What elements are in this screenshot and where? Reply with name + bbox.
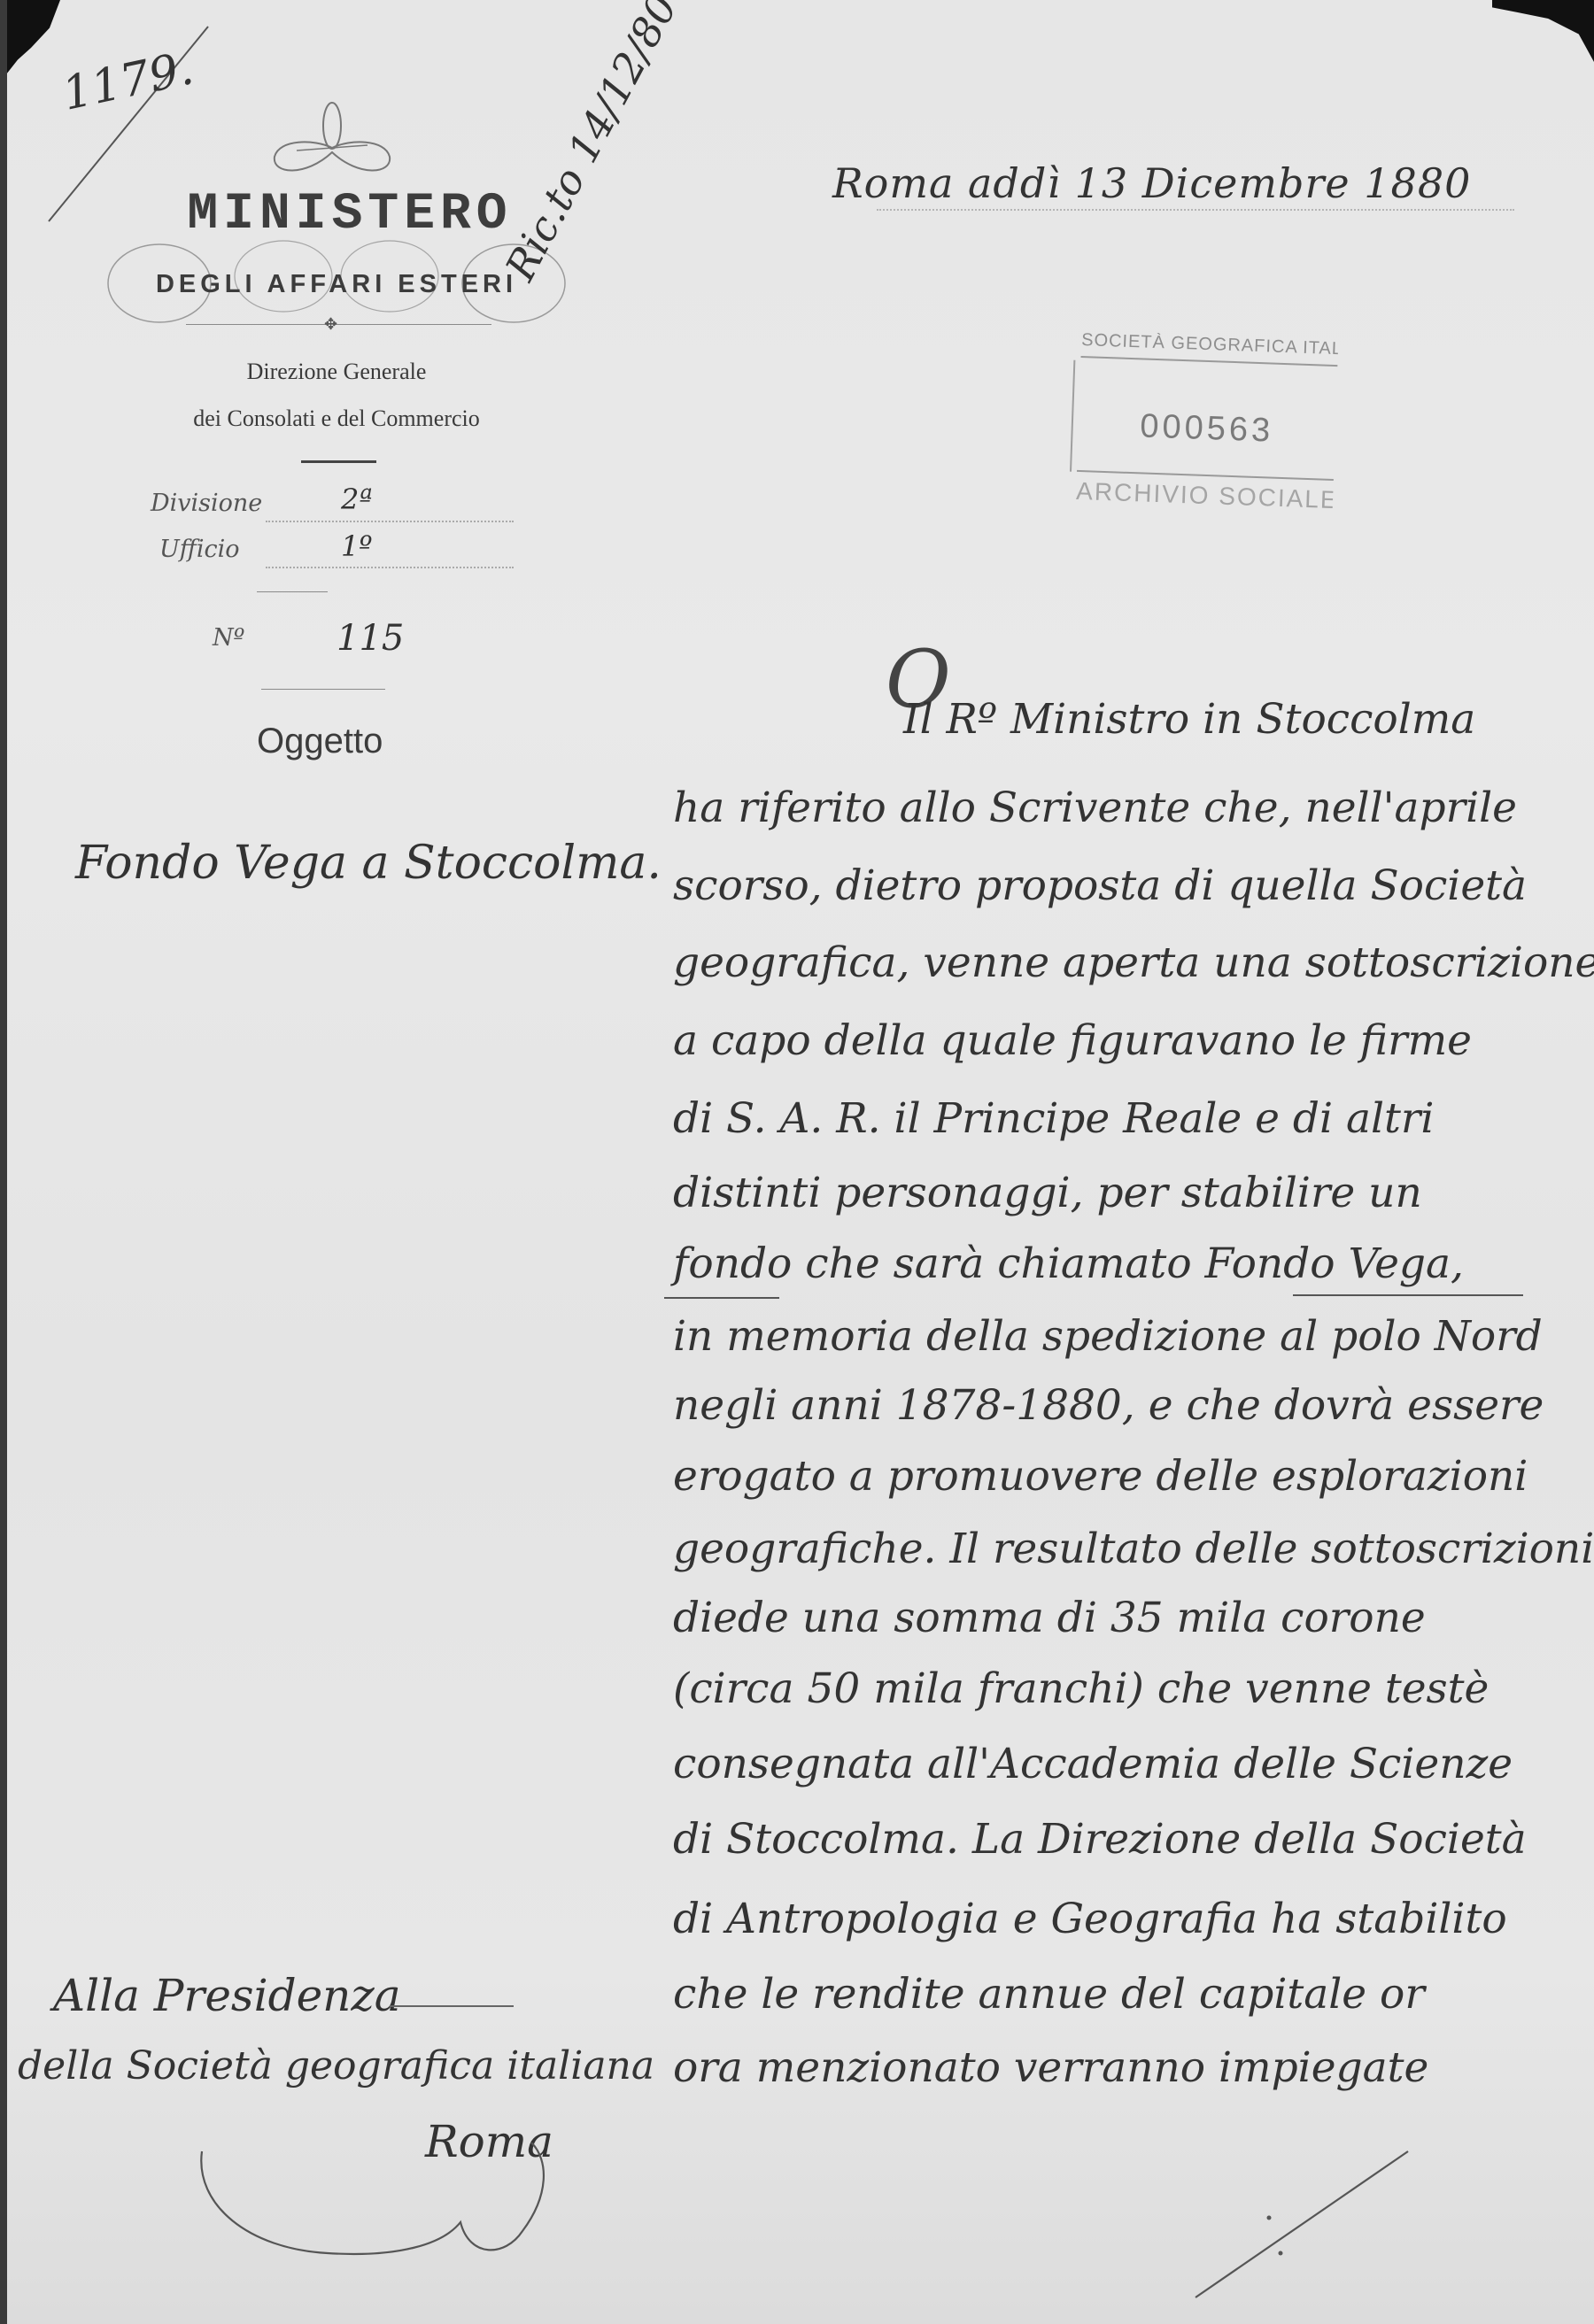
body-line: in memoria della spedizione al polo Nord bbox=[673, 1312, 1567, 1361]
underline-fondo bbox=[664, 1297, 779, 1299]
body-line: consegnata all'Accademia delle Scienze bbox=[673, 1740, 1567, 1788]
addressee-line2: della Società geografica italiana bbox=[18, 2043, 654, 2089]
addressee-flourish bbox=[195, 2143, 638, 2275]
office-label: Ufficio bbox=[159, 536, 240, 563]
body-line: Il Rº Ministro in Stoccolma bbox=[903, 695, 1594, 744]
document-date: Roma addì 13 Dicembre 1880 bbox=[832, 159, 1471, 207]
body-line: di Stoccolma. La Direzione della Società bbox=[673, 1815, 1567, 1864]
body-line: ha riferito allo Scrivente che, nell'apr… bbox=[673, 784, 1567, 832]
letterhead-divider bbox=[186, 324, 491, 325]
body-line: ora menzionato verranno impiegate bbox=[673, 2043, 1567, 2092]
stamp-number: 000563 bbox=[1078, 405, 1335, 452]
archive-stamp: SOCIETÀ GEOGRAFICA ITALI 000563 ARCHIVIO… bbox=[1076, 330, 1339, 516]
oggetto-label: Oggetto bbox=[257, 722, 383, 761]
letterhead-title: MINISTERO bbox=[164, 186, 536, 243]
letterhead-direction-line1: Direzione Generale bbox=[142, 359, 531, 385]
letterhead-ornament-icon bbox=[261, 99, 403, 183]
office-value: 1º bbox=[341, 529, 372, 563]
body-line: diede una somma di 35 mila corone bbox=[673, 1594, 1567, 1642]
body-line: negli anni 1878-1880, e che dovrà essere bbox=[673, 1381, 1567, 1430]
body-line: scorso, dietro proposta di quella Societ… bbox=[673, 861, 1567, 910]
division-dotted-line bbox=[266, 521, 514, 522]
small-divider bbox=[261, 689, 385, 690]
office-dotted-line bbox=[266, 567, 514, 568]
body-line: geografica, venne aperta una sottoscrizi… bbox=[673, 938, 1567, 987]
division-value: 2ª bbox=[341, 483, 373, 516]
body-line: (circa 50 mila franchi) che venne testè bbox=[673, 1664, 1567, 1713]
subject-text: Fondo Vega a Stoccolma. bbox=[75, 837, 662, 890]
stamp-bottom-text: ARCHIVIO SOCIALE bbox=[1076, 470, 1334, 514]
body-line: geografiche. Il resultato delle sottoscr… bbox=[673, 1525, 1567, 1573]
underline-fondo-vega bbox=[1293, 1294, 1523, 1296]
small-divider bbox=[257, 591, 328, 592]
date-dotted-line bbox=[877, 209, 1514, 211]
body-line: distinti personaggi, per stabilire un bbox=[673, 1169, 1567, 1217]
addressee-flourish-line bbox=[390, 2005, 514, 2007]
body-line: di S. A. R. il Principe Reale e di altri bbox=[673, 1094, 1567, 1143]
letterhead-small-divider bbox=[301, 460, 376, 463]
addressee-line1: Alla Presidenza bbox=[53, 1970, 401, 2021]
body-line: fondo che sarà chiamato Fondo Vega, bbox=[673, 1239, 1567, 1288]
scan-edge bbox=[0, 0, 7, 2324]
body-line: che le rendite annue del capitale or bbox=[673, 1970, 1567, 2019]
divider-ornament-icon: ✥ bbox=[324, 315, 337, 334]
body-line: a capo della quale figuravano le firme bbox=[673, 1016, 1567, 1065]
letterhead-direction-line2: dei Consolati e del Commercio bbox=[124, 405, 549, 432]
body-line: di Antropologia e Geografia ha stabilito bbox=[673, 1895, 1567, 1943]
division-label: Divisione bbox=[151, 490, 262, 517]
letterhead-subtitle: DEGLI AFFARI ESTERI bbox=[111, 270, 562, 299]
number-label: Nº bbox=[213, 624, 244, 652]
closing-slash-mark bbox=[1063, 2143, 1417, 2302]
number-value: 115 bbox=[337, 618, 404, 659]
body-line: erogato a promuovere delle esplorazioni bbox=[673, 1452, 1567, 1501]
